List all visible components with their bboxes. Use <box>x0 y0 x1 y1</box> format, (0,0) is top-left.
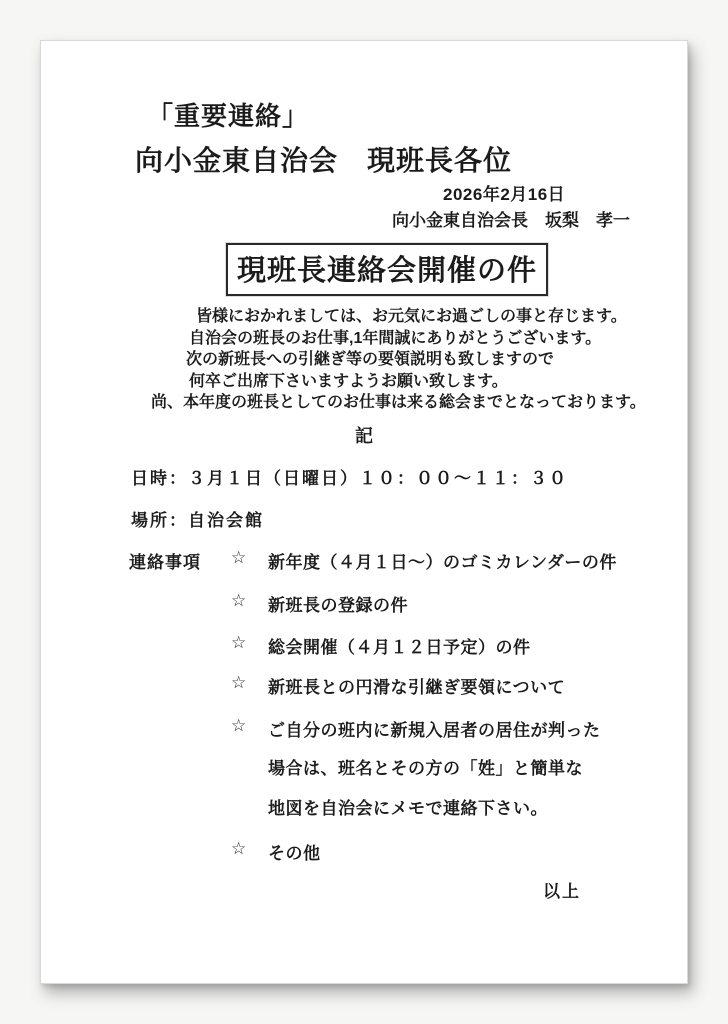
record-marker: 記 <box>41 422 687 448</box>
agenda-item-text: 新班長の登録の件 <box>268 591 408 616</box>
greeting-line: 何卒ご出席下さいますようお願い致します。 <box>151 371 646 393</box>
star-bullet-icon: ☆ <box>231 591 246 611</box>
addressee-line: 向小金東自治会 現班長各位 <box>135 139 512 179</box>
agenda-item-text: 新班長との円滑な引継ぎ要領について <box>268 673 565 698</box>
subject-title: 現班長連絡会開催の件 <box>237 255 537 287</box>
star-bullet-icon: ☆ <box>231 548 246 568</box>
subject-title-box: 現班長連絡会開催の件 <box>226 243 548 296</box>
star-bullet-icon: ☆ <box>231 633 246 653</box>
agenda-item-text: 総会開催（４月１２日予定）の件 <box>268 633 531 658</box>
star-bullet-icon: ☆ <box>231 839 246 859</box>
agenda-item-text: 新年度（４月１日～）のゴミカレンダーの件 <box>268 548 617 573</box>
closing-marker: 以上 <box>543 877 581 902</box>
agenda-item-text: 場合は、班名とその方の「姓」と簡単な <box>268 754 583 779</box>
datetime-line: 日時：３月１日（日曜日）１０：００～１１：３０ <box>131 464 568 489</box>
agenda-item-text: ご自分の班内に新規入居者の居住が判った <box>268 716 601 741</box>
greeting-line: 尚、本年度の班長としてのお仕事は来る総会までとなっております。 <box>151 392 646 414</box>
agenda-item-text: その他 <box>268 839 321 864</box>
greeting-line: 自治会の班長のお仕事,1年間誠にありがとうございます。 <box>151 328 646 350</box>
document-date: 2026年2月16日 <box>443 180 565 205</box>
greeting-line: 次の新班長への引継ぎ等の要領説明も致しますので <box>151 349 646 371</box>
important-notice-tag: 「重要連絡」 <box>147 96 309 133</box>
greeting-line: 皆様におかれましては、お元気にお過ごしの事と存じます。 <box>151 306 646 328</box>
agenda-item-text: 地図を自治会にメモで連絡下さい。 <box>268 794 548 819</box>
agenda-heading: 連絡事項 <box>129 548 201 573</box>
star-bullet-icon: ☆ <box>231 673 246 693</box>
place-line: 場所：自治会館 <box>131 506 264 531</box>
star-bullet-icon: ☆ <box>231 716 246 736</box>
greeting-paragraph: 皆様におかれましては、お元気にお過ごしの事と存じます。 自治会の班長のお仕事,1… <box>151 306 646 414</box>
sender-line: 向小金東自治会長 坂梨 孝一 <box>392 206 630 231</box>
document-page: 「重要連絡」 向小金東自治会 現班長各位 2026年2月16日 向小金東自治会長… <box>40 40 688 984</box>
agenda-items: 連絡事項 ☆ 新年度（４月１日～）のゴミカレンダーの件 ☆ 新班長の登録の件 ☆… <box>129 546 689 886</box>
page-background: 「重要連絡」 向小金東自治会 現班長各位 2026年2月16日 向小金東自治会長… <box>0 0 728 1024</box>
